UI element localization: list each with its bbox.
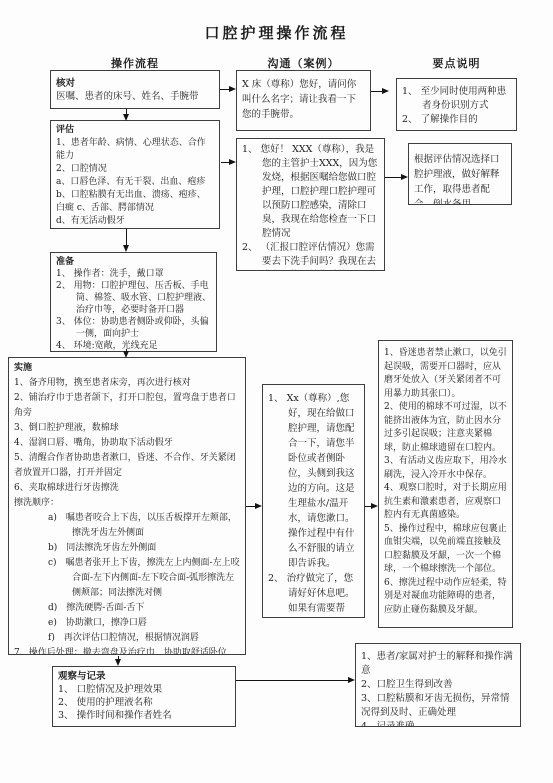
text-line: 擦洗顺序： [14, 496, 240, 511]
flowchart-page: 口腔护理操作流程 操作流程 沟通（案例） 要点说明 核对 医嘱、患者的床号、姓名… [0, 0, 553, 783]
comm-box-3: 1、 Xx（尊称）,您好，现在给做口腔护理，请您配合一下，请您半卧位或者侧卧位，… [262, 384, 365, 618]
prepare-box-title: 准备 [56, 256, 211, 268]
implement-box-lines: 1、备齐用物，携至患者床旁，再次进行核对2、铺治疗巾于患者颌下，打开口腔包，置弯… [14, 376, 240, 655]
text-line: 2、铺治疗巾于患者颌下，打开口腔包，置弯盘于患者口角旁 [14, 391, 240, 421]
verify-box: 核对 医嘱、患者的床号、姓名、手腕带 [50, 70, 220, 109]
keypoint-box-4-lines: 1、患者/家属对护士的解释和操作满意2、口腔卫生得到改善3、口腔粘膜和牙齿无损伤… [361, 650, 515, 727]
text-line: 6、夹取棉球进行牙齿擦洗 [14, 481, 240, 496]
text-line: 2、 治疗做完了，您请好好休息吧。如果有需要帮助，请及时告诉我们，我们会及时来看… [268, 571, 359, 618]
keypoint-box-1-lines: 1、 至少同时使用两种患者身份识别方式2、 了解操作目的 [402, 85, 511, 127]
text-line: b) 同法擦洗牙齿左外侧面 [14, 541, 240, 556]
text-line: 3、口腔粘膜和牙齿无损伤，异常情况得到及时、正确处理 [361, 692, 515, 720]
keypoint-box-3: 1、昏迷患者禁止漱口，以免引起误吸，需要开口器时，应从磨牙处放入（牙关紧闭者不可… [378, 340, 513, 628]
verify-box-lines: 医嘱、患者的床号、姓名、手腕带 [56, 90, 214, 103]
verify-box-title: 核对 [56, 77, 214, 90]
keypoint-box-2-lines: 根据评估情况选择口腔护理液，做好解释工作，取得患者配合，倒水备用 [414, 152, 506, 205]
text-line: 4、 环境:宽敞，光线充足 [56, 340, 211, 352]
text-line: a) 嘱患者咬合上下齿，以压舌板撑开左颊部，擦洗牙齿左外侧面 [14, 511, 240, 541]
arrow-verify-to-comm1 [220, 89, 229, 90]
text-line: 1、 至少同时使用两种患者身份识别方式 [402, 85, 511, 113]
column-header-keypoints: 要点说明 [396, 55, 517, 71]
text-line: 6、擦洗过程中动作应轻柔，特别是对凝血功能障碍的患者，应防止碰伤黏膜及牙龈。 [384, 577, 507, 618]
arrow-comm1-to-keypoint1 [371, 91, 382, 92]
text-line: 2、口腔卫生得到改善 [361, 678, 515, 692]
comm-box-2: 1、 您好！ XXX（尊称），我是您的主管护士XXX，因为您发烧，根据医嘱给您做… [236, 138, 385, 271]
page-title: 口腔护理操作流程 [0, 22, 553, 43]
text-line: 1、 您好！ XXX（尊称），我是您的主管护士XXX，因为您发烧，根据医嘱给您做… [242, 143, 379, 241]
text-line: 1、 口腔情况及护理效果 [58, 683, 230, 696]
assess-box: 评估 1、患者年龄、病情、心理状态、合作能力2、口腔情况a、口唇色泽、有无干裂、… [50, 120, 220, 229]
text-line: e) 协助漱口，擦净口唇 [14, 616, 240, 631]
text-line: 3、 操作时间和操作者姓名 [58, 709, 230, 722]
text-line: b、口腔粘膜有无出血、溃疡、疱疹、白癍 c、舌部、腭部情况 [56, 189, 214, 215]
arrow-verify-to-assess [126, 109, 127, 114]
comm-box-3-lines: 1、 Xx（尊称）,您好，现在给做口腔护理，请您配合一下，请您半卧位或者侧卧位，… [268, 391, 359, 618]
comm-box-2-lines: 1、 您好！ XXX（尊称），我是您的主管护士XXX，因为您发烧，根据医嘱给您做… [242, 143, 379, 271]
text-line: 7、操作后处理：撤去弯盘及治疗巾，协助取舒适卧位，整理床单位 [14, 646, 240, 655]
observe-record-box: 观察与记录 1、 口腔情况及护理效果2、 使用的护理液名称3、 操作时间和操作者… [52, 666, 236, 727]
text-line: 根据评估情况选择口腔护理液，做好解释工作，取得患者配合，倒水备用 [414, 152, 506, 205]
arrow-comm2-to-keypoint2 [385, 177, 401, 178]
text-line: d、有无活动假牙 [56, 215, 214, 228]
keypoint-box-3-lines: 1、昏迷患者禁止漱口，以免引起误吸，需要开口器时，应从磨牙处放入（牙关紧闭者不可… [384, 347, 507, 617]
text-line: 3、有活动义齿应取下，用冷水刷洗，浸入冷开水中保存。 [384, 455, 507, 482]
text-line: 2、 （汇报口腔评估情况）您需要去下洗手间吗？我现在去准备用物，请您稍等。 [242, 241, 379, 271]
text-line: 4、观察口腔时，对于长期应用抗生素和激素患者，应观察口腔内有无真菌感染。 [384, 482, 507, 523]
text-line: f) 再次评估口腔情况，根据情况润唇 [14, 631, 240, 646]
text-line: 3、倒口腔护理液，数棉球 [14, 421, 240, 436]
text-line: 2、 使用的护理液名称 [58, 696, 230, 709]
keypoint-box-2: 根据评估情况选择口腔护理液，做好解释工作，取得患者配合，倒水备用 [408, 143, 512, 205]
column-header-process: 操作流程 [50, 55, 220, 71]
text-line: 1、患者年龄、病情、心理状态、合作能力 [56, 137, 214, 163]
arrow-assess-to-prepare [126, 229, 127, 245]
arrow-observe-to-keypoint4 [236, 680, 348, 681]
text-line: 2、 用物：口腔护理包、压舌板、手电筒、棉签、吸水管、口腔护理液、治疗巾等，必要… [56, 280, 211, 316]
implement-box-title: 实施 [14, 361, 240, 376]
arrow-implement-to-comm3 [246, 506, 255, 507]
text-line: 1、昏迷患者禁止漱口，以免引起误吸，需要开口器时，应从磨牙处放入（牙关紧闭者不可… [384, 347, 507, 401]
text-line: a、口唇色泽、有无干裂、出血、疱疹 [56, 176, 214, 189]
keypoint-box-1: 1、 至少同时使用两种患者身份识别方式2、 了解操作目的 [396, 78, 517, 131]
text-line: 5、操作过程中，棉球应包裹止血钳尖端，以免前端直接触及口腔黏膜及牙龈，一次一个棉… [384, 523, 507, 577]
text-line: 3、 体位：协助患者侧卧或仰卧，头偏一侧，面向护士 [56, 316, 211, 340]
observe-record-box-lines: 1、 口腔情况及护理效果2、 使用的护理液名称3、 操作时间和操作者姓名 [58, 683, 230, 722]
arrow-comm3-to-keypoint3 [365, 506, 371, 507]
text-line: 4、湿润口唇、嘴角，协助取下活动假牙 [14, 436, 240, 451]
text-line: 2、 了解操作目的 [402, 113, 511, 127]
text-line: X 床（尊称）您好，请问你叫什么名字；请让我看一下您的手腕带。 [242, 77, 365, 122]
arrow-assess-to-comm2 [221, 162, 229, 163]
text-line: 2、口腔情况 [56, 163, 214, 176]
text-line: 1、患者/家属对护士的解释和操作满意 [361, 650, 515, 678]
comm-box-1: X 床（尊称）您好，请问你叫什么名字；请让我看一下您的手腕带。 [236, 70, 371, 131]
arrow-implement-to-observe [118, 656, 119, 659]
text-line: d) 擦洗硬腭-舌面-舌下 [14, 601, 240, 616]
text-line: 1、 操作者：洗手，戴口罩 [56, 268, 211, 280]
text-line: c) 嘱患者张开上下齿，擦洗左上内侧面-左上咬合面-左下内侧面-左下咬合面-弧形… [14, 556, 240, 601]
column-header-communication: 沟通（案例） [236, 55, 371, 71]
assess-box-lines: 1、患者年龄、病情、心理状态、合作能力2、口腔情况a、口唇色泽、有无干裂、出血、… [56, 137, 214, 228]
text-line: 1、 Xx（尊称）,您好，现在给做口腔护理，请您配合一下，请您半卧位或者侧卧位，… [268, 391, 359, 571]
prepare-box: 准备 1、 操作者：洗手，戴口罩2、 用物：口腔护理包、压舌板、手电筒、棉签、吸… [50, 252, 217, 352]
comm-box-1-lines: X 床（尊称）您好，请问你叫什么名字；请让我看一下您的手腕带。 [242, 77, 365, 122]
prepare-box-lines: 1、 操作者：洗手，戴口罩2、 用物：口腔护理包、压舌板、手电筒、棉签、吸水管、… [56, 268, 211, 352]
observe-record-box-title: 观察与记录 [58, 670, 230, 683]
keypoint-box-4: 1、患者/家属对护士的解释和操作满意2、口腔卫生得到改善3、口腔粘膜和牙齿无损伤… [355, 643, 521, 727]
text-line: 2、使用的棉球不可过湿，以不能挤出液体为宜，防止因水分过多引起误吸；注意夹紧棉球… [384, 401, 507, 455]
text-line: 4、记录准确 [361, 720, 515, 727]
text-line: 1、备齐用物，携至患者床旁，再次进行核对 [14, 376, 240, 391]
arrow-prepare-to-implement [126, 349, 127, 351]
assess-box-title: 评估 [56, 124, 214, 137]
text-line: 医嘱、患者的床号、姓名、手腕带 [56, 90, 214, 103]
implement-box: 实施 1、备齐用物，携至患者床旁，再次进行核对2、铺治疗巾于患者颌下，打开口腔包… [8, 357, 246, 655]
text-line: 5、清醒合作者协助患者漱口，昏迷、不合作、牙关紧闭者放置开口器，打开并固定 [14, 451, 240, 481]
